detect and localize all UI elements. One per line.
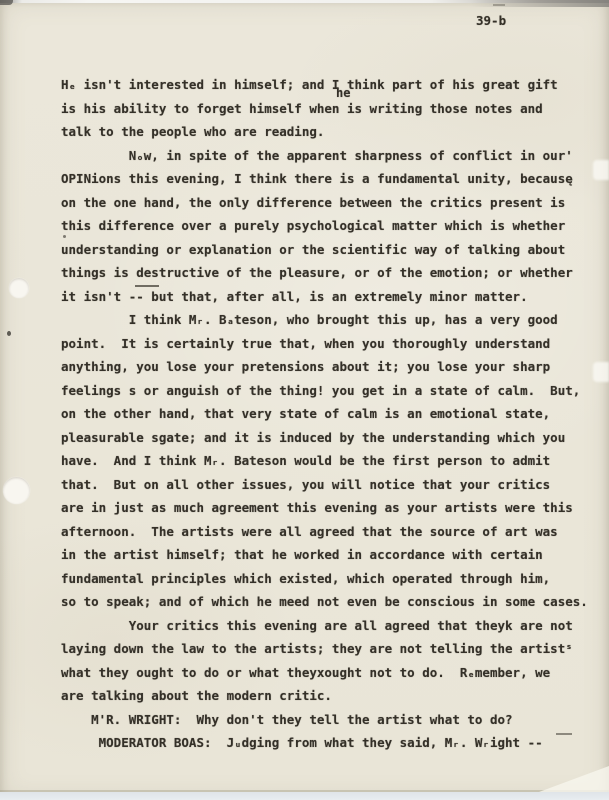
scan-bottom-edge	[0, 792, 609, 800]
typed-line: M'R. WRIGHT: Why don't they tell the art…	[61, 708, 588, 732]
page-corner-wedge	[539, 766, 609, 792]
typed-line: are in just as much agreement this eveni…	[61, 496, 588, 520]
scan-streak	[593, 362, 609, 382]
typed-line: Your critics this evening are all agreed…	[61, 614, 588, 638]
ink-speck	[7, 331, 11, 336]
typed-line: on the one hand, the only difference bet…	[61, 191, 588, 215]
scan-corner-speck	[0, 0, 13, 5]
typed-line: it isn't -- but that, after all, is an e…	[61, 285, 588, 309]
typed-line: understanding or explanation or the scie…	[61, 238, 588, 262]
typed-line: is his ability to forget himself when is…	[61, 97, 588, 121]
scan-streak	[593, 160, 609, 180]
scan-corner-smudge	[459, 0, 609, 7]
ink-dash-artifact	[556, 733, 572, 735]
typed-line: Nₒw, in spite of the apparent sharpness …	[61, 144, 588, 168]
ink-underline-artifact	[135, 285, 159, 287]
typed-line: in the artist himself; that he worked in…	[61, 543, 588, 567]
typed-line: feelings s or anguish of the thing! you …	[61, 379, 588, 403]
typed-line: point. It is certainly true that, when y…	[61, 332, 588, 356]
typewritten-page-scan: 39-b Hₑ isn't interested in himself; and…	[0, 0, 609, 800]
typed-line: what they ought to do or what theyxought…	[61, 661, 588, 685]
typed-line: talk to the people who are reading.	[61, 120, 588, 144]
typed-line: have. And I think Mᵣ. Bateson would be t…	[61, 449, 588, 473]
typed-line: are talking about the modern critic.	[61, 684, 588, 708]
typed-line: MODERATOR BOAS: Jᵤdging from what they s…	[61, 731, 588, 755]
typed-insertion-he: he	[336, 87, 350, 99]
typed-line: laying down the law to the artists; they…	[61, 637, 588, 661]
typed-line: I think Mᵣ. Bₐteson, who brought this up…	[61, 308, 588, 332]
typed-line: on the other hand, that very state of ca…	[61, 402, 588, 426]
typed-line: anything, you lose your pretensions abou…	[61, 355, 588, 379]
page-number: 39-b	[476, 13, 506, 28]
typed-line: so to speak; and of which he meed not ev…	[61, 590, 588, 614]
punch-hole	[9, 278, 29, 298]
typed-line: things is destructive of the pleasure, o…	[61, 261, 588, 285]
typed-line: Hₑ isn't interested in himself; and I th…	[61, 73, 588, 97]
typed-line: pleasurable sgate; and it is induced by …	[61, 426, 588, 450]
ink-dash-artifact	[493, 4, 505, 6]
typed-line: this difference over a purely psychologi…	[61, 214, 588, 238]
typed-line: afternoon. The artists were all agreed t…	[61, 520, 588, 544]
punch-hole	[3, 477, 30, 504]
typed-line: that. But on all other issues, you will …	[61, 473, 588, 497]
typed-text-block: Hₑ isn't interested in himself; and I th…	[61, 73, 588, 755]
typed-line: fundamental principles which existed, wh…	[61, 567, 588, 591]
typed-line: OPINions this evening, I think there is …	[61, 167, 588, 191]
